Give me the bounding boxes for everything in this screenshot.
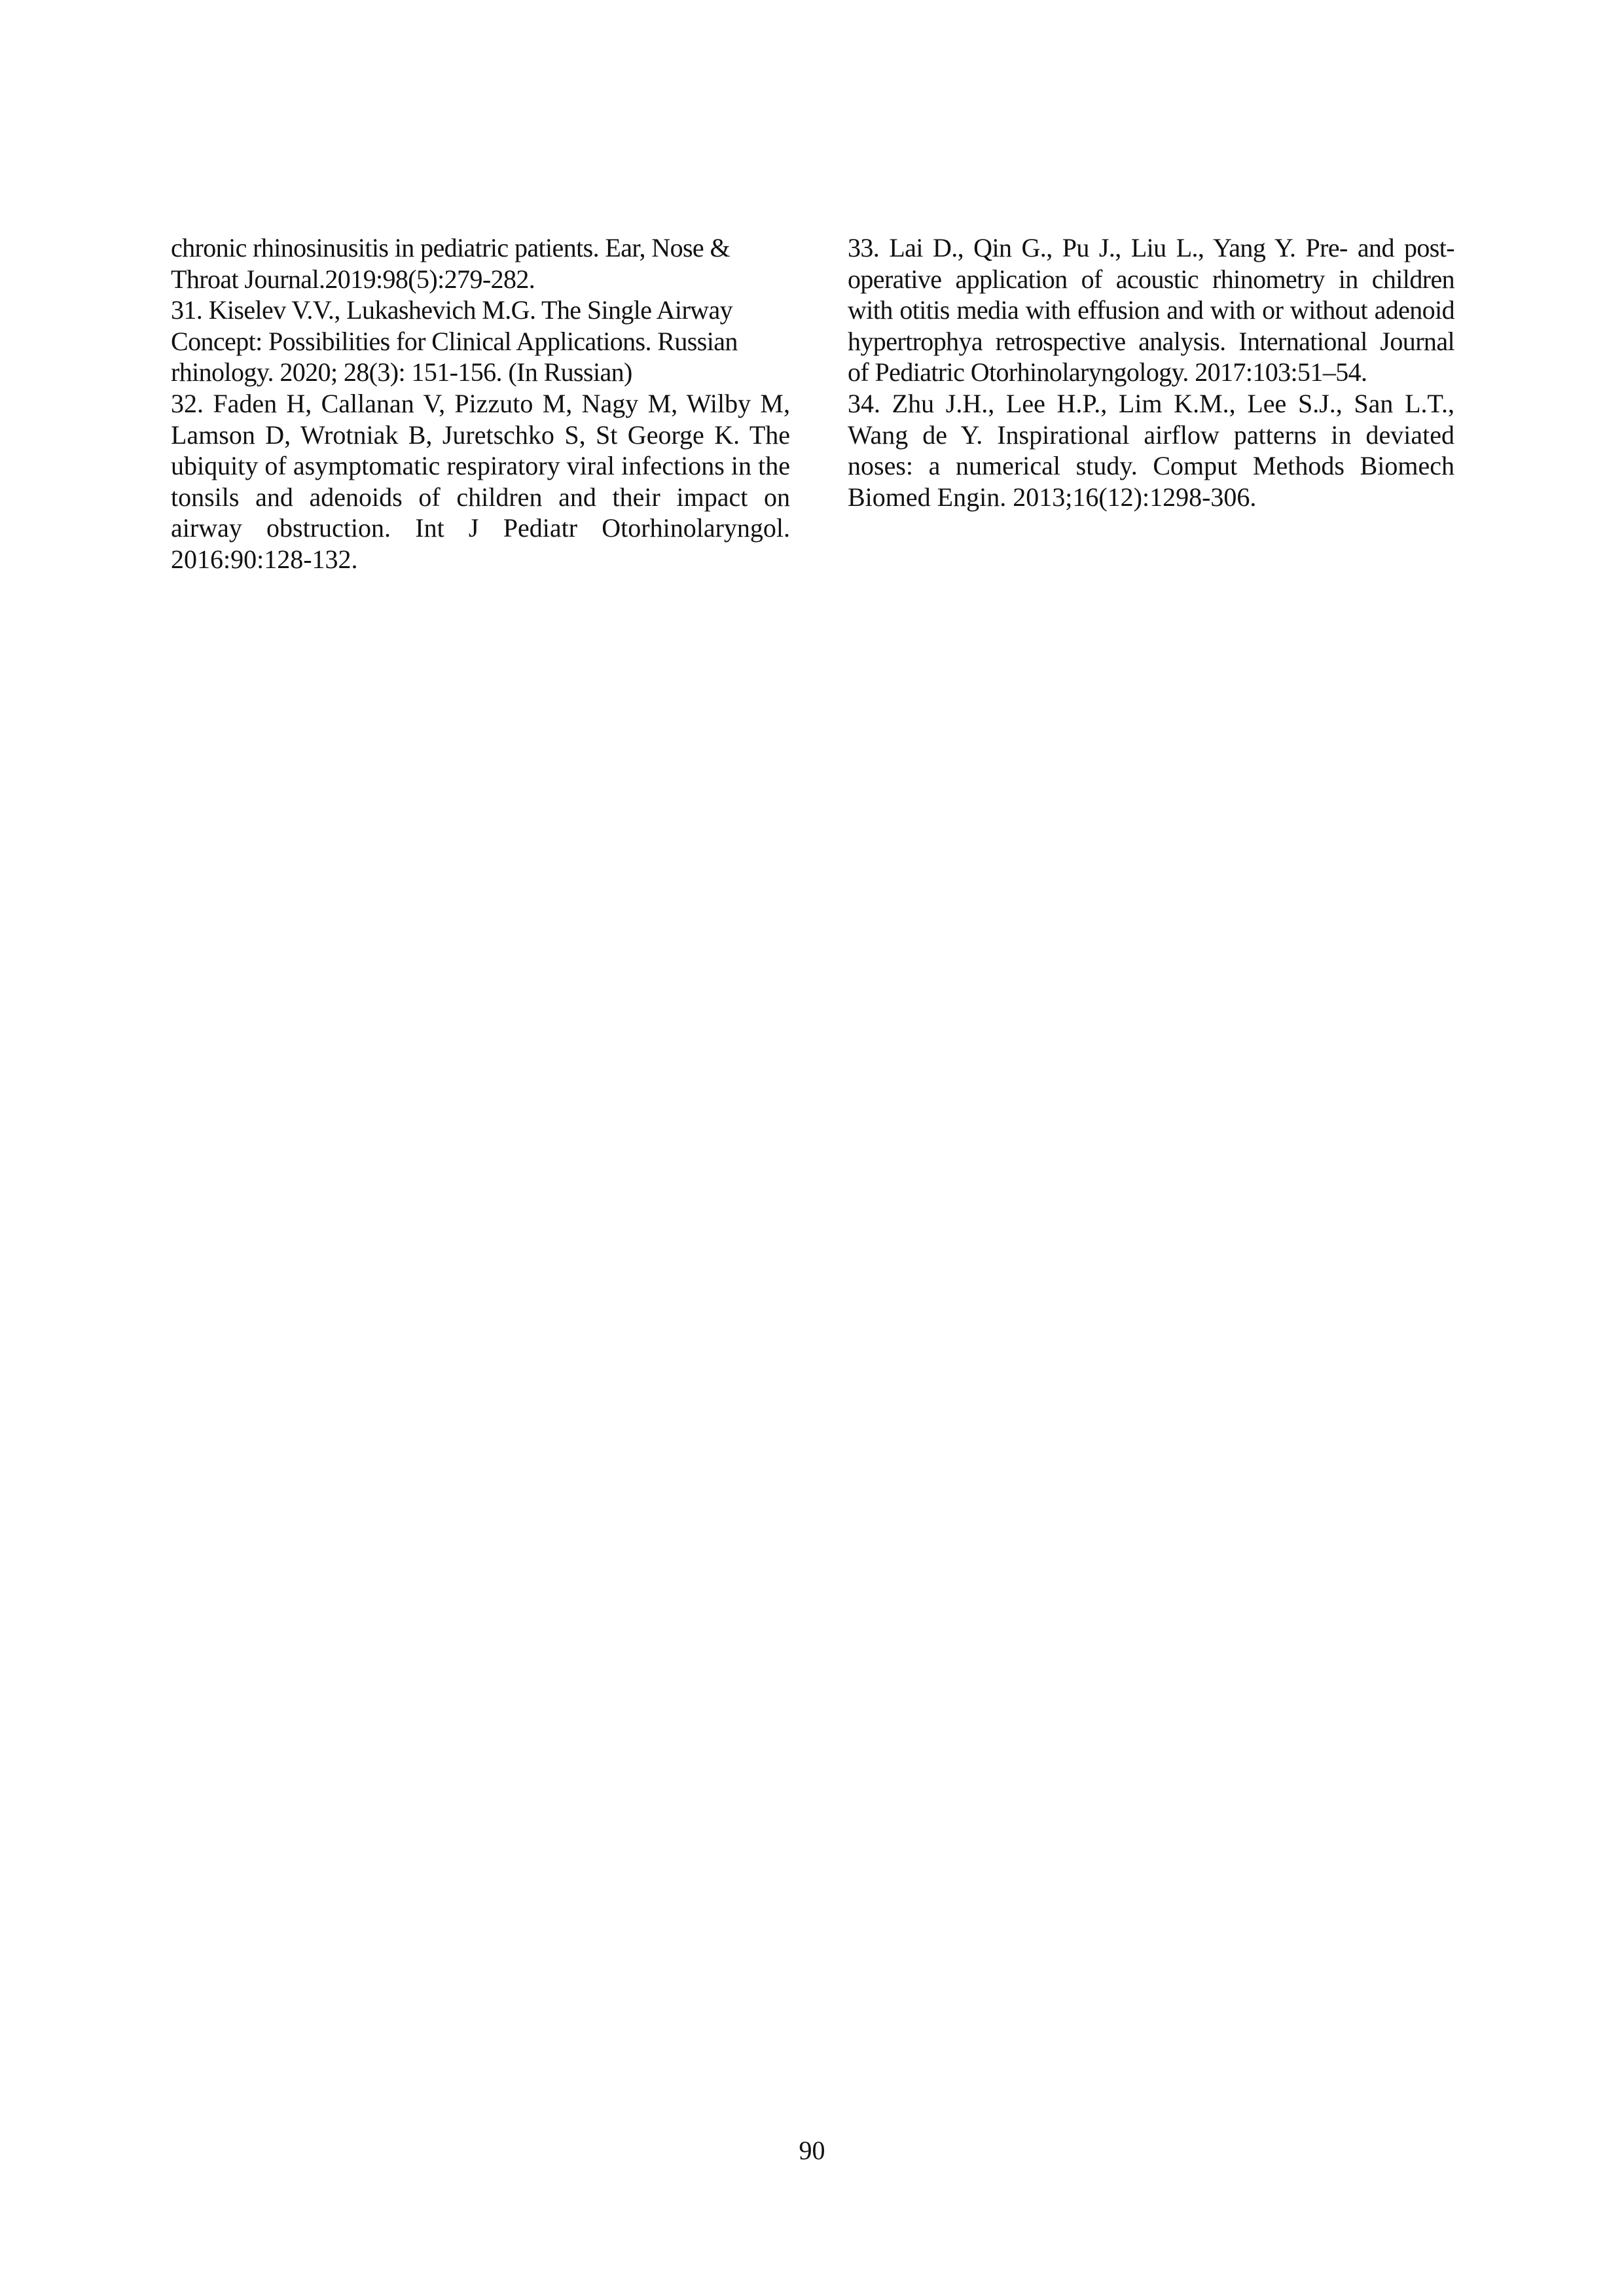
reference-34: 34. Zhu J.H., Lee H.P., Lim K.M., Lee S.… [848, 388, 1454, 512]
references-right-column: 33. Lai D., Qin G., Pu J., Liu L., Yang … [848, 232, 1454, 512]
reference-30-continuation: chronic rhinosinusitis in pediatric pati… [171, 232, 790, 295]
references-left-column: chronic rhinosinusitis in pediatric pati… [171, 232, 790, 575]
reference-31: 31. Kiselev V.V., Lukashevich M.G. The S… [171, 295, 790, 388]
reference-32: 32. Faden H, Callanan V, Pizzuto M, Nagy… [171, 388, 790, 575]
reference-33: 33. Lai D., Qin G., Pu J., Liu L., Yang … [848, 232, 1454, 388]
page-number: 90 [0, 2135, 1624, 2166]
